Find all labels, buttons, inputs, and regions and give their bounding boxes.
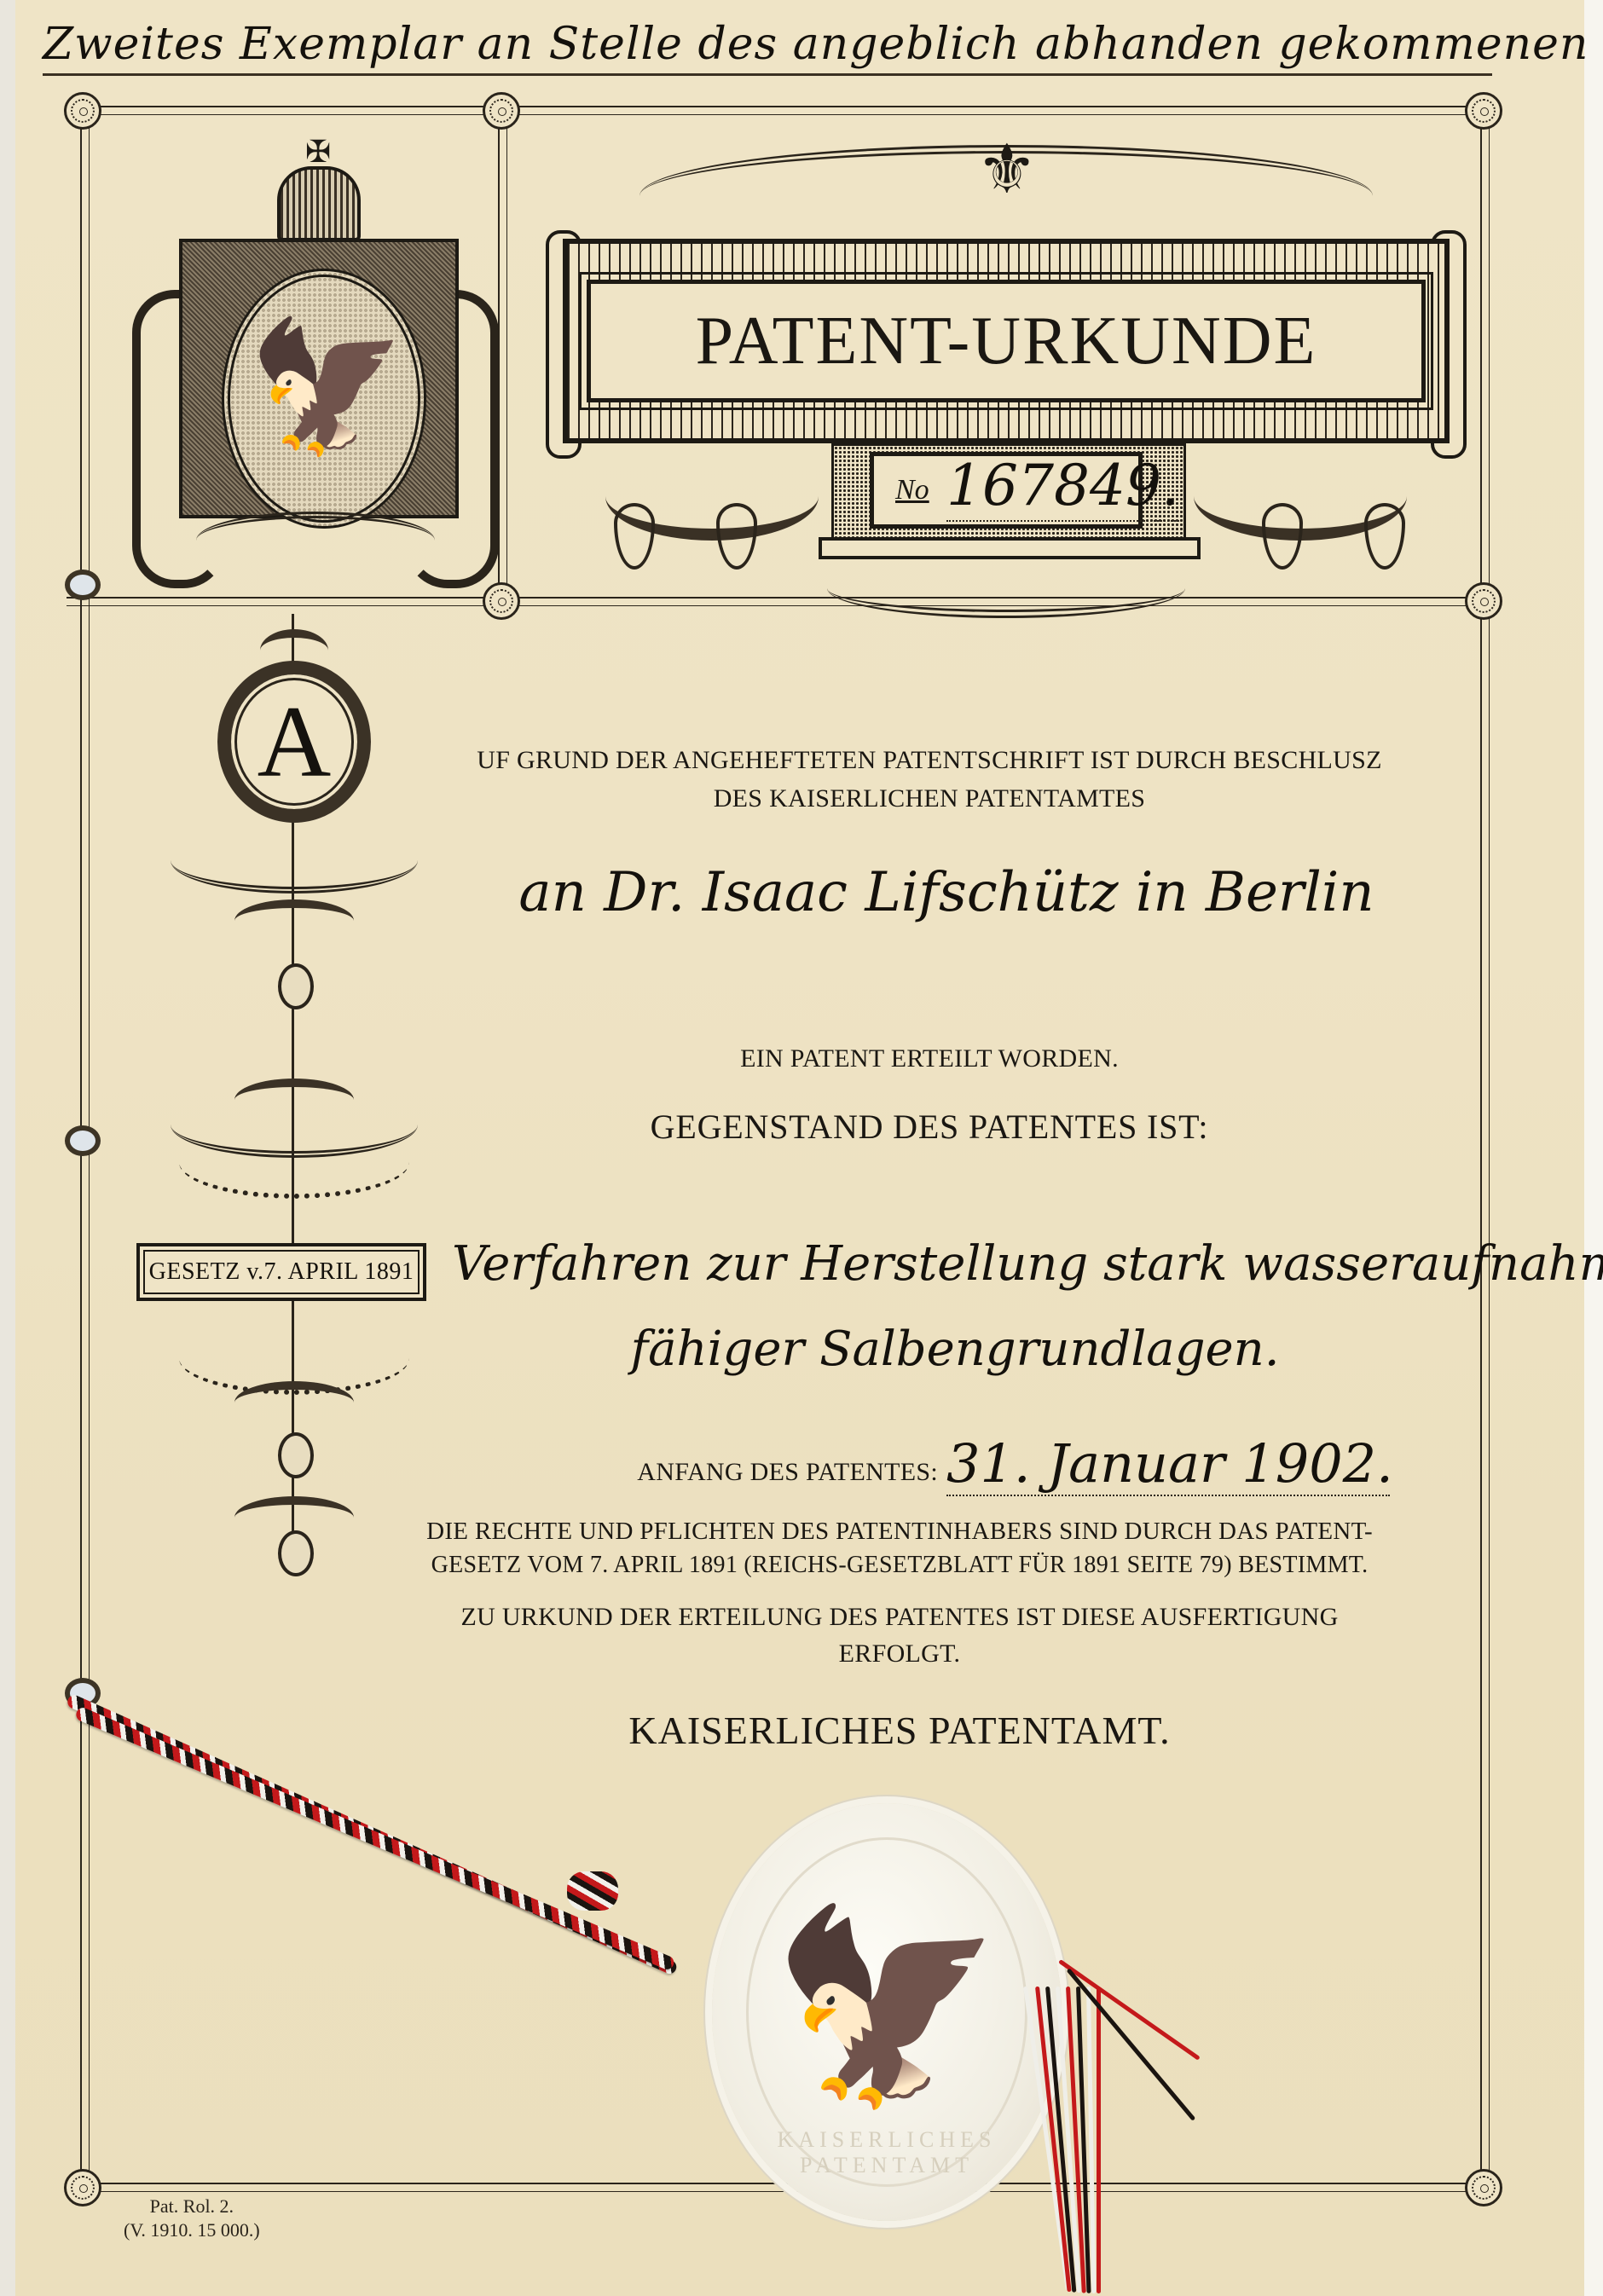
intro-line-1: UF GRUND DER ANGEHEFTETEN PATENTSCHRIFT … <box>401 746 1458 775</box>
drop-cap: A <box>217 661 371 823</box>
law-plate-text: GESETZ v.7. APRIL 1891 <box>140 1246 423 1298</box>
pendant-ornament-icon <box>716 503 757 570</box>
intro-line-2: DES KAISERLICHEN PATENTAMTES <box>401 784 1458 813</box>
rights-line-2: GESETZ VOM 7. APRIL 1891 (REICHS-GESETZB… <box>341 1552 1458 1579</box>
rosette-icon <box>1465 582 1502 620</box>
cord-knot <box>567 1871 618 1911</box>
coat-of-arms: 🦅 ✠ <box>128 128 503 571</box>
rights-line-1: DIE RECHTE UND PFLICHTEN DES PATENTINHAB… <box>341 1518 1458 1546</box>
title-cartouche: ⚜ PATENT-URKUNDE No 167849. <box>546 128 1467 597</box>
pedestal-scroll <box>827 558 1185 618</box>
pendant-ornament-icon <box>1364 503 1405 570</box>
arms-base-scroll <box>196 512 435 570</box>
print-footer: Pat. Rol. 2. (V. 1910. 15 000.) <box>124 2195 260 2242</box>
certify-line-2: ERFOLGT. <box>341 1640 1458 1669</box>
crown-cross-icon: ✠ <box>305 135 331 169</box>
page-title: PATENT-URKUNDE <box>587 280 1426 402</box>
issuer-signature: KAISERLICHES PATENTAMT. <box>341 1708 1458 1753</box>
rosette-icon <box>1465 92 1502 130</box>
rosette-icon <box>64 2169 101 2206</box>
binding-grommet <box>65 570 101 600</box>
certify-line-1: ZU URKUND DER ERTEILUNG DES PATENTES IST… <box>341 1603 1458 1632</box>
seal-threads <box>1006 1987 1279 2296</box>
jewel-ornament-icon <box>278 1432 314 1478</box>
imperial-crown-icon <box>277 166 361 241</box>
subject-line-1: Verfahren zur Herstellung stark wasserau… <box>426 1236 1509 1292</box>
law-plate: GESETZ v.7. APRIL 1891 <box>136 1243 426 1301</box>
handwritten-annotation: Zweites Exemplar an Stelle des angeblich… <box>43 19 1492 76</box>
start-label: ANFANG DES PATENTES: <box>546 1458 938 1487</box>
subject-line-2: fähiger Salbengrundlagen. <box>426 1322 1484 1377</box>
jewel-ornament-icon <box>278 1530 314 1576</box>
scan-edge-left <box>0 0 15 2296</box>
leaf-ornament-icon <box>234 899 354 942</box>
subject-heading: GEGENSTAND DES PATENTES IST: <box>401 1107 1458 1147</box>
pendant-ornament-icon <box>1262 503 1303 570</box>
rosette-icon <box>483 92 520 130</box>
scan-edge-right <box>1584 0 1603 2296</box>
ribbon-ornament <box>171 827 418 894</box>
frame-top-line <box>67 106 1490 115</box>
footer-form-code: Pat. Rol. 2. <box>124 2195 260 2218</box>
frame-header-divider <box>67 597 1490 606</box>
palmette-icon: ⚜ <box>976 128 1036 213</box>
granted-line: EIN PATENT ERTEILT WORDEN. <box>401 1044 1458 1073</box>
jewel-ornament-icon <box>278 963 314 1009</box>
rosette-icon <box>483 582 520 620</box>
recipient-handwritten: an Dr. Isaac Lifschütz in Berlin <box>477 861 1415 924</box>
patent-number-label: No <box>895 465 929 516</box>
decorative-pendant: A <box>153 614 435 1586</box>
leaf-ornament-icon <box>234 1381 354 1424</box>
rosette-icon <box>64 92 101 130</box>
thread <box>1097 1987 1101 2293</box>
number-pedestal <box>819 537 1201 559</box>
binding-grommet <box>65 1125 101 1156</box>
pendant-ornament-icon <box>614 503 655 570</box>
patent-number: 167849. <box>946 452 1179 522</box>
imperial-eagle-icon: 🦅 <box>247 303 384 473</box>
footer-print-run: (V. 1910. 15 000.) <box>124 2218 260 2242</box>
frame-right-line <box>1480 128 1490 2183</box>
rosette-icon <box>1465 2169 1502 2206</box>
bead-garland <box>179 1125 409 1199</box>
start-date-handwritten: 31. Januar 1902. <box>946 1432 1390 1496</box>
